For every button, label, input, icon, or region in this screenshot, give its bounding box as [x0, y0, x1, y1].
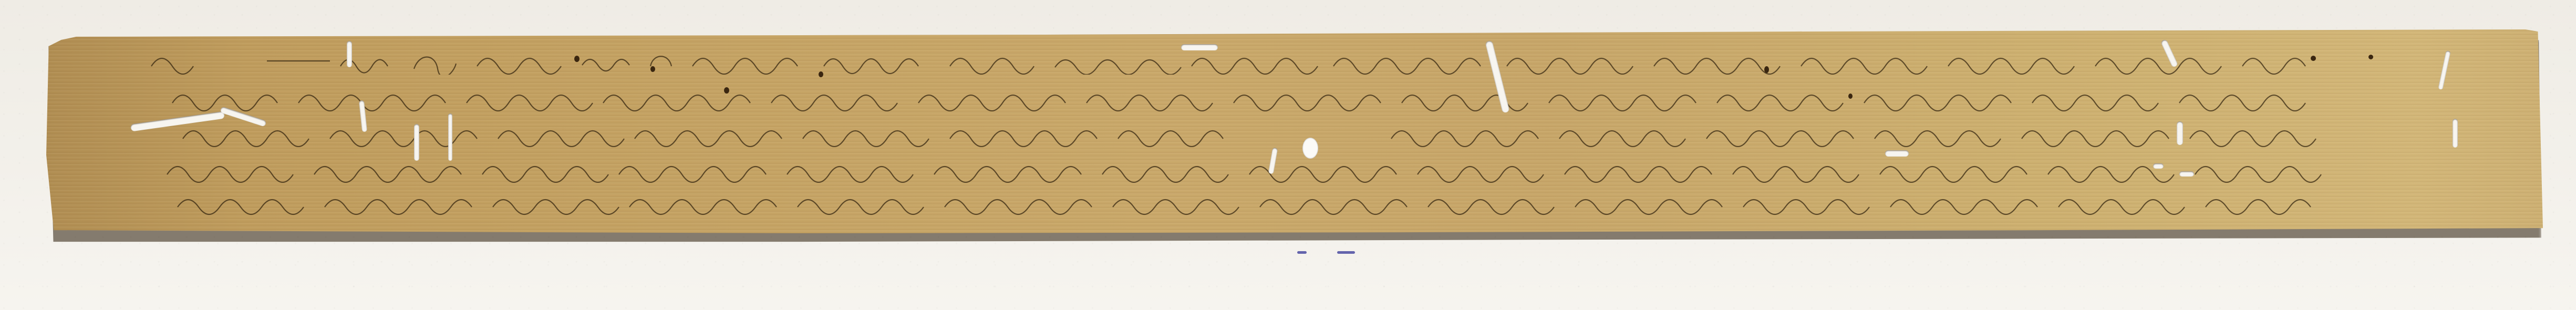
worm-tunnel: [448, 113, 452, 161]
string-hole: [1302, 138, 1318, 159]
puncture: [574, 56, 580, 62]
manuscript-line-5: Line 5 (Odia script): [46, 187, 2543, 216]
puncture: [2311, 56, 2316, 61]
worm-tunnel: [1885, 150, 1909, 157]
worm-tunnel: [2177, 121, 2183, 145]
worm-tunnel: [347, 41, 352, 67]
puncture: [1848, 94, 1853, 99]
script-strokes: [46, 153, 2543, 183]
puncture: [1764, 66, 1769, 73]
blue-ink-mark: [1297, 251, 1307, 254]
worm-tunnel: [2453, 119, 2458, 148]
script-strokes: [46, 82, 2543, 111]
worm-tunnel: [2179, 171, 2194, 177]
worm-tunnel: [1181, 44, 1218, 50]
puncture: [724, 87, 729, 94]
puncture: [650, 66, 655, 72]
manuscript-line-4: Line 4 (Odia script): [46, 153, 2543, 183]
palm-leaf: Palm-leaf manuscript folio Odia Line 1 (…: [46, 29, 2543, 239]
script-strokes: [46, 118, 2543, 147]
puncture: [2368, 55, 2373, 59]
worm-tunnel: [414, 124, 419, 161]
script-strokes: [46, 187, 2543, 216]
puncture: [819, 71, 823, 77]
blue-ink-mark: [1337, 251, 1355, 254]
worm-tunnel: [2153, 163, 2164, 169]
manuscript-line-2: Line 2 (Odia script): [46, 82, 2543, 111]
manuscript-line-3: Line 3 (Odia script): [46, 118, 2543, 147]
